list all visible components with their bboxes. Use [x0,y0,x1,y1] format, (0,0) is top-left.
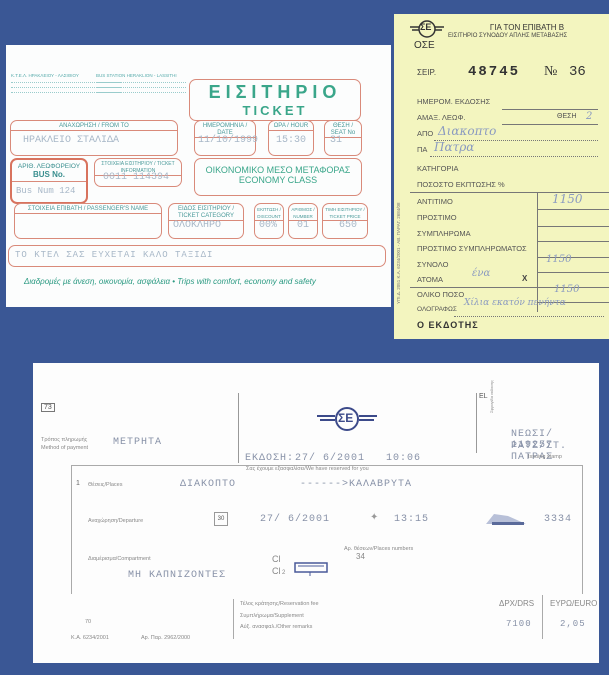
payment-value: ΜΕΤΡΗΤΑ [113,437,162,448]
ticket-info-box: ΣΤΟΙΧΕΙΑ ΕΙΣΙΤΗΡΙΟΥ / TICKET INFORMATION… [94,158,182,187]
number-value: 36 [569,64,586,80]
ose-logo-text: ΣΕ [420,22,431,32]
field-persons: ΑΤΟΜΑ [417,275,443,284]
logo-text: ΣΕ [338,411,353,425]
hour-box: ΩΡΑ / HOUR 15:30 [268,120,314,156]
field-supplement-fine: ΠΡΟΣΤΙΜΟ ΣΥΜΠΛΗΡΩΜΑΤΟΣ [417,244,527,253]
field-issue-date: ΗΜΕΡΟΜ. ΕΚΔΟΣΗΣ [417,97,490,106]
bus-ticket: Κ.Τ.Ε.Λ. ΗΡΑΚΛΕΙΟΥ - ΛΑΣΙΘΙΟΥ BUS STATIO… [6,45,391,307]
price-box: ΤΙΜΗ ΕΙΣΙΤΗΡΙΟΥ / TICKET PRICE 650 [322,203,368,239]
slogan: Διαδρομές με άνεση, οικονομία, ασφάλεια … [24,277,316,286]
field-fine: ΠΡΟΣΤΙΜΟ [417,213,457,222]
places-numbers-value: 34 [356,552,365,561]
series-label: ΣΕΙΡ. [417,68,436,77]
from-to-box: ΑΝΑΧΩΡΗΣΗ / FROM TO ΗΡΑΚΛΕΙΟ ΣΤΑΛΙΔΑ [10,120,178,156]
bus-number-label-en: BUS No. [12,170,86,182]
from-handwritten: Διακοπτο [438,124,496,138]
summary-reservation: Τέλος κράτησης/Reservation fee [240,601,319,607]
field-discount: ΠΟΣΟΣΤΟ ΕΚΠΤΩΣΗΣ % [417,180,505,189]
ticket-info-value: 0011 114394 [103,172,169,183]
price-value: 650 [339,220,357,231]
issue-date-line [502,109,598,110]
to-line [430,156,598,157]
class-sub: Cl [272,566,281,576]
field-to: ΠΑ [417,145,427,154]
row-number: 1 [76,480,80,487]
bus-number-box: ΑΡΙΘ. ΛΕΩΦΟΡΕΙΟΥ BUS No. Bus Num 124 [10,158,88,204]
class-en: ECONOMY CLASS [195,175,361,185]
seat-value: 31 [330,135,342,146]
message-text: ΤΟ ΚΤΕΛ ΣΑΣ ΕΥΧΕΤΑΙ ΚΑΛΟ ΤΑΞΙΔΙ [15,250,213,260]
passenger-box: ΣΤΟΙΧΕΙΑ ΕΠΙΒΑΤΗ / PASSENGER'S NAME [14,203,162,239]
clock-icon: ✦ [370,512,378,523]
from-station: ΔΙΑΚΟΠΤΟ [180,479,236,490]
field-total: ΣΥΝΟΛΟ [417,260,448,269]
compartment-label: Διαμέρισμα/Compartment [88,556,151,562]
divider-vertical [238,393,239,463]
ose-logo-icon: ΣΕ [410,20,444,38]
currency-divider [542,595,543,639]
number-label: ΑΡΙΘΜΟΣ / NUMBER [289,206,317,221]
issuing-stamp-label: Issuing stamp [528,454,562,460]
ose-logo-icon: ΣΕ [317,407,377,431]
persons-handwritten: ένα [472,268,490,279]
payment-label-gr: Τρόπος πληρωμής [41,437,87,443]
summary-remarks: Αύξ. ανασφαλ./Other remarks [240,624,312,630]
grand-total-handwritten: 1150 [554,284,579,295]
train-number: 3334 [544,514,572,525]
bus-number-value: Bus Num 124 [16,186,75,196]
calendar-icon: 30 [214,512,228,526]
car-line [502,124,598,125]
bus-number-label-gr: ΑΡΙΘ. ΛΕΩΦΟΡΕΙΟΥ [12,163,86,170]
corner-number: 73 [41,403,55,412]
seat-box: ΘΕΣΗ / SEAT No 31 [324,120,362,156]
departure-time: 13:15 [394,514,429,525]
fare-line [537,209,609,210]
side-print: ΥΠΙ.Δ. 2051 Κ.Α. 6234/2001 - ΑΒ. ΠΑΡΑΓ. … [396,203,401,304]
class-box: ΟΙΚΟΝΟΜΙΚΟ ΜΕΣΟ ΜΕΤΑΦΟΡΑΣ ECONOMY CLASS [194,158,362,196]
class-gr: ΟΙΚΟΝΟΜΙΚΟ ΜΕΣΟ ΜΕΤΑΦΟΡΑΣ [195,165,361,175]
footer-code: K.A. 6234/2001 [71,635,109,641]
issued-label: ΕΚΔΟΣΗ: [245,453,294,464]
total-line [537,272,609,273]
persons-mark: X [522,274,527,283]
number-box: ΑΡΙΘΜΟΣ / NUMBER 01 [288,203,318,239]
from-to-label: ΑΝΑΧΩΡΗΣΗ / FROM TO [11,123,177,131]
company-name-en: BUS STATION HERAKLION - LASSITHI [96,73,186,79]
discount-value: 00% [259,220,277,231]
number-value: 01 [297,220,309,231]
class-c: Cl [272,554,281,564]
stamp-side-label: Σφραγίδα εκδοσης [489,380,494,413]
category-label: ΕΙΔΟΣ ΕΙΣΙΤΗΡΙΟΥ / TICKET CATEGORY [169,206,243,221]
category-box: ΕΙΔΟΣ ΕΙΣΙΤΗΡΙΟΥ / TICKET CATEGORY ΟΛΟΚΛ… [168,203,244,239]
to-handwritten: Πατρα [434,140,474,154]
series-value: 48745 [468,64,520,80]
summary-supplement: Συμπλήρωμα/Supplement [240,613,304,619]
hour-label: ΩΡΑ / HOUR [269,123,313,131]
number-sign: № [544,64,557,80]
places-numbers-label: Αρ. θέσεων/Places numbers [344,546,413,552]
to-station: ------>ΚΑΛΑΒΡΥΤΑ [300,479,412,490]
company-en: BUS STATION HERAKLION - LASSITHI [96,73,186,97]
field-from: ΑΠΟ [417,129,433,138]
amount-column [537,192,538,312]
field-supplement: ΣΥΜΠΛΗΡΩΜΑ [417,229,471,238]
supplement-line [537,241,609,242]
issuer-label: Ο ΕΚΔΟΤΗΣ [417,320,479,330]
title-box: ΕΙΣΙΤΗΡΙΟ TICKET [189,79,361,121]
field-seat: ΘΕΣΗ [557,113,577,120]
euro-header: ΕΥΡΩ/EURO [550,599,597,608]
issued-value: 27/ 6/2001 10:06 [295,453,421,464]
departure-label: Αναχώρηση/Departure [88,518,143,524]
seat-handwritten: 2 [586,111,592,122]
words-handwritten: Χίλια εκατόν πενήντα [464,298,566,308]
discount-box: ΕΚΠΤΩΣΗ / DISCOUNT 00% [254,203,284,239]
train-icon [484,510,528,526]
reservation-box: Σας έχουμε εξασφαλίσει/We have reserved … [71,465,583,594]
departure-date: 27/ 6/2001 [260,514,330,525]
hour-value: 15:30 [276,135,306,146]
words-line [454,316,604,317]
ose-org: ΟΣΕ [414,40,435,51]
total-handwritten: 1150 [546,254,571,265]
fine-line [537,226,609,227]
date-value: 11/10/1999 [198,135,258,146]
drs-value: 7100 [506,619,532,629]
euro-value: 2,05 [560,619,586,629]
field-car: ΑΜΑΞ. ΛΕΩΦ. [417,113,466,122]
address-lines [96,92,186,97]
passenger-label: ΣΤΟΙΧΕΙΑ ΕΠΙΒΑΤΗ / PASSENGER'S NAME [15,206,161,214]
from-to-value: ΗΡΑΚΛΕΙΟ ΣΤΑΛΙΔΑ [23,135,119,146]
places-label: Θέσεις/Places [88,482,123,488]
discount-label: ΕΚΠΤΩΣΗ / DISCOUNT [255,206,283,221]
class-value: 2 [282,570,285,576]
category-value: ΟΛΟΚΛΗΡΟ [173,220,221,231]
payment-label-en: Method of payment [41,445,88,451]
lang-code: EL [476,393,488,453]
price-label: ΤΙΜΗ ΕΙΣΙΤΗΡΙΟΥ / TICKET PRICE [323,206,367,221]
reserved-note: Σας έχουμε εξασφαλίσει/We have reserved … [246,466,369,472]
compartment-value: ΜΗ ΚΑΠΝΙΖΟΝΤΕΣ [128,570,226,581]
message-box: ΤΟ ΚΤΕΛ ΣΑΣ ΕΥΧΕΤΑΙ ΚΑΛΟ ΤΑΞΙΔΙ [8,245,386,267]
footer-ref: Ap. Παρ. 2962/2000 [141,635,190,641]
ose-subheading: ΕΙΣΙΤΗΡΙΟ ΣΥΝΟΔΟΥ ΑΠΛΗΣ ΜΕΤΑΒΑΣΗΣ [448,33,608,39]
date-box: ΗΜΕΡΟΜΗΝΙΑ / DATE 11/10/1999 [194,120,256,156]
carriage-icon [294,562,328,576]
ose-receipt: ΣΕ ΟΣΕ ΓΙΑ ΤΟΝ ΕΠΙΒΑΤΗ Β ΕΙΣΙΤΗΡΙΟ ΣΥΝΟΔ… [394,14,609,339]
drs-header: ΔΡΧ/DRS [499,599,534,608]
fare-handwritten: 1150 [552,192,583,206]
field-category: ΚΑΤΗΓΟΡΙΑ [417,164,459,173]
field-grand-total: ΟΛΙΚΟ ΠΟΣΟ [417,290,464,299]
train-ticket: 73 Τρόπος πληρωμής Method of payment ΜΕΤ… [33,363,599,663]
title-gr: ΕΙΣΙΤΗΡΙΟ [190,82,360,103]
title-en: TICKET [190,103,360,118]
calendar-day: 30 [218,516,225,522]
fee-summary: Τέλος κράτησης/Reservation fee Συμπλήρωμ… [233,599,584,639]
ose-heading: ΓΙΑ ΤΟΝ ΕΠΙΒΑΤΗ Β [452,23,602,32]
footer-small: 70 [85,619,91,625]
field-in-words: ΟΛΟΓΡΑΦΩΣ [417,306,457,313]
field-fare: ΑΝΤΙΤΙΜΟ [417,197,453,206]
